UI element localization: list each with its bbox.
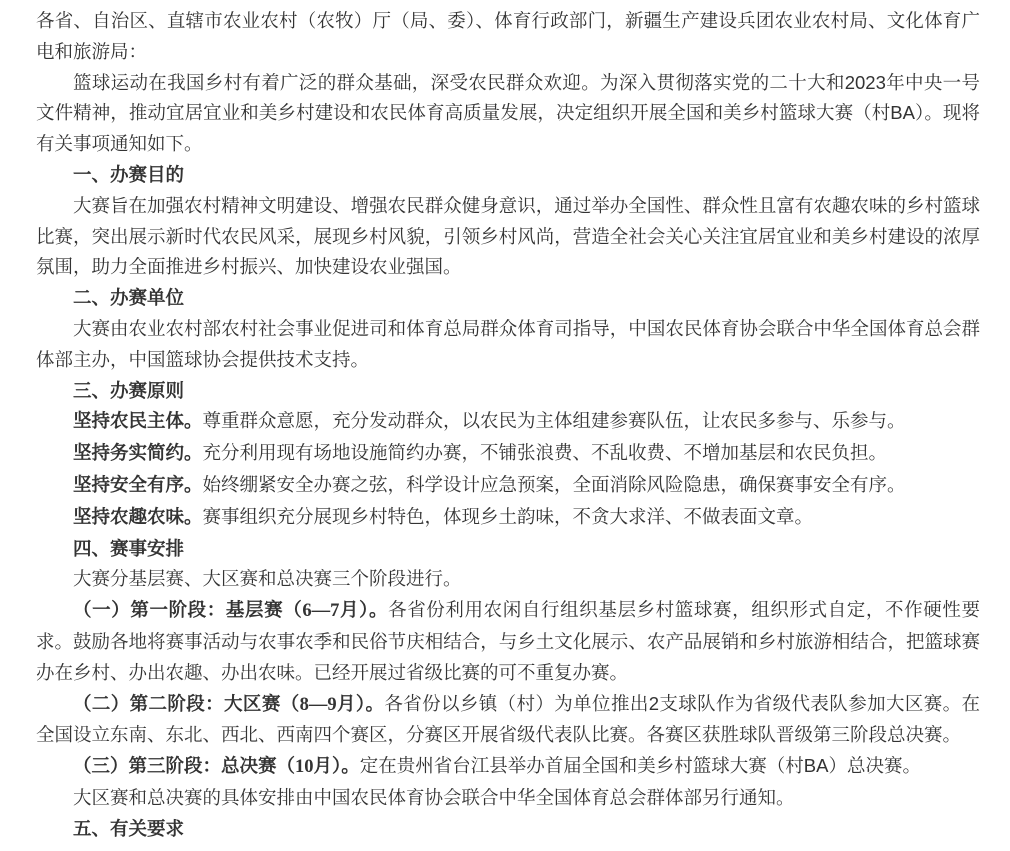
notice-document: 各省、自治区、直辖市农业农村（农牧）厅（局、委）、体育行政部门，新疆生产建设兵团…	[0, 0, 1010, 851]
stage-overview: 大赛分基层赛、大区赛和总决赛三个阶段进行。	[36, 564, 980, 595]
stage-item-3: （三）第三阶段：总决赛（10月）。定在贵州省台江县举办首届全国和美乡村篮球大赛（…	[36, 751, 980, 783]
arrangements-note: 大区赛和总决赛的具体安排由中国农民体育协会联合中华全国体育总会群体部另行通知。	[36, 783, 980, 814]
principle-3-lead: 坚持安全有序。	[73, 476, 203, 496]
principle-1-text: 尊重群众意愿，充分发动群众，以农民为主体组建参赛队伍，让农民多参与、乐参与。	[203, 410, 906, 431]
section-5-heading-clipped: 五、有关要求	[36, 814, 980, 845]
principle-2-text: 充分利用现有场地设施简约办赛，不铺张浪费、不乱收费、不增加基层和农民负担。	[203, 442, 888, 463]
section-2-paragraph: 大赛由农业农村部农村社会事业促进司和体育总局群众体育司指导，中国农民体育协会联合…	[36, 314, 980, 376]
principle-1-lead: 坚持农民主体。	[73, 412, 203, 432]
stage-3-lead: （三）第三阶段：总决赛（10月）。	[73, 757, 360, 777]
principle-item-3: 坚持安全有序。始终绷紧安全办赛之弦，科学设计应急预案，全面消除风险隐患，确保赛事…	[36, 470, 980, 502]
section-4-heading: 四、赛事安排	[36, 534, 980, 565]
section-1-heading: 一、办赛目的	[36, 160, 980, 191]
stage-item-1: （一）第一阶段：基层赛（6—7月）。各省份利用农闲自行组织基层乡村篮球赛，组织形…	[36, 595, 980, 688]
section-2-heading: 二、办赛单位	[36, 283, 980, 314]
principle-item-2: 坚持务实简约。充分利用现有场地设施简约办赛，不铺张浪费、不乱收费、不增加基层和农…	[36, 438, 980, 470]
stage-2-lead: （二）第二阶段：大区赛（8—9月）。	[73, 695, 384, 715]
stage-3-text: 定在贵州省台江县举办首届全国和美乡村篮球大赛（村BA）总决赛。	[360, 755, 921, 776]
principle-item-4: 坚持农趣农味。赛事组织充分展现乡村特色，体现乡土韵味，不贪大求洋、不做表面文章。	[36, 502, 980, 534]
intro-paragraph: 篮球运动在我国乡村有着广泛的群众基础，深受农民群众欢迎。为深入贯彻落实党的二十大…	[36, 68, 980, 160]
principle-3-text: 始终绷紧安全办赛之弦，科学设计应急预案，全面消除风险隐患，确保赛事安全有序。	[203, 474, 906, 495]
principle-4-text: 赛事组织充分展现乡村特色，体现乡土韵味，不贪大求洋、不做表面文章。	[203, 506, 814, 527]
principle-2-lead: 坚持务实简约。	[73, 444, 203, 464]
principle-item-1: 坚持农民主体。尊重群众意愿，充分发动群众，以农民为主体组建参赛队伍，让农民多参与…	[36, 406, 980, 438]
salutation: 各省、自治区、直辖市农业农村（农牧）厅（局、委）、体育行政部门，新疆生产建设兵团…	[36, 6, 980, 68]
stage-item-2: （二）第二阶段：大区赛（8—9月）。各省份以乡镇（村）为单位推出2支球队作为省级…	[36, 689, 980, 752]
section-1-paragraph: 大赛旨在加强农村精神文明建设、增强农民群众健身意识，通过举办全国性、群众性且富有…	[36, 191, 980, 283]
stage-1-lead: （一）第一阶段：基层赛（6—7月）。	[73, 601, 388, 621]
section-3-heading: 三、办赛原则	[36, 376, 980, 407]
principle-4-lead: 坚持农趣农味。	[73, 508, 203, 528]
